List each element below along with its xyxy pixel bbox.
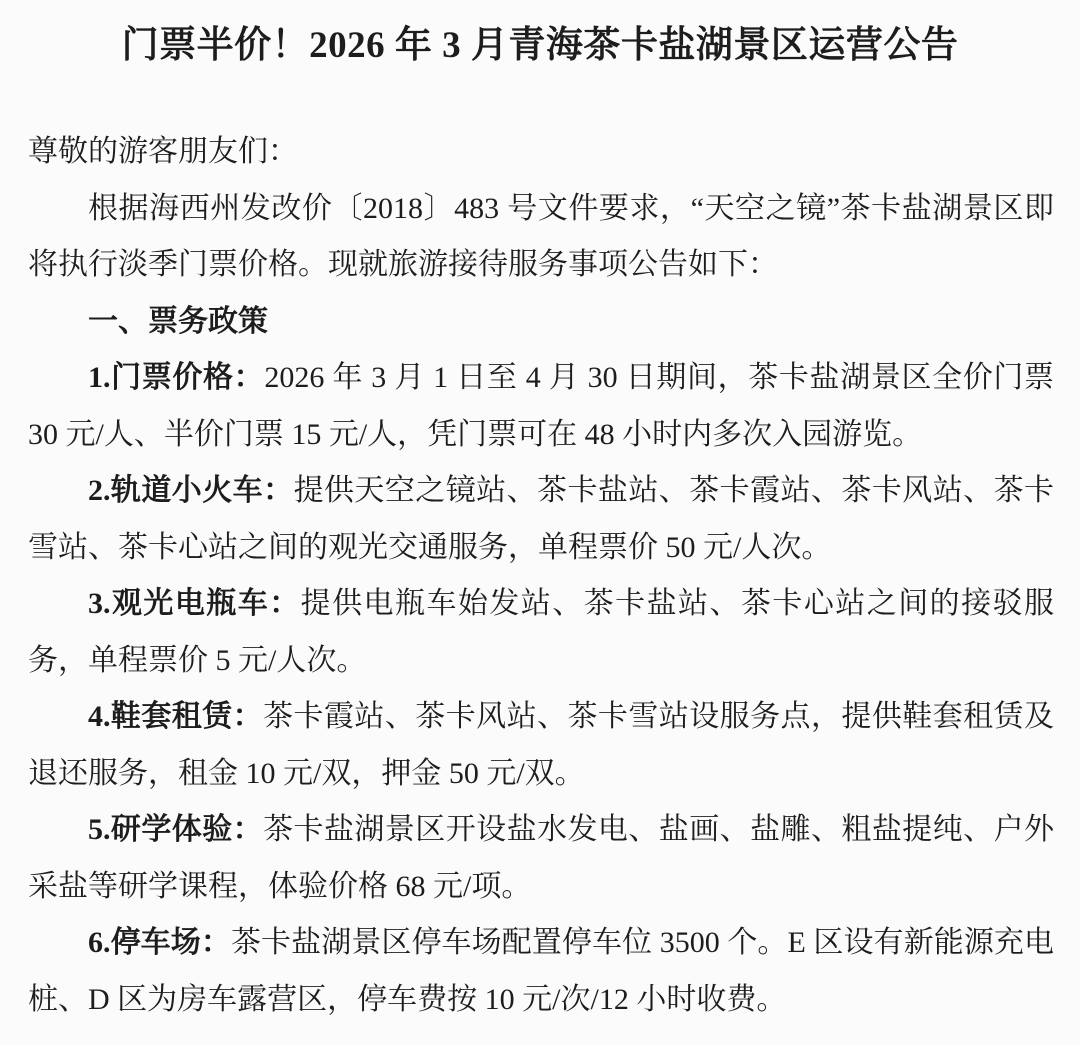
policy-item-study-experience: 5.研学体验：茶卡盐湖景区开设盐水发电、盐画、盐雕、粗盐提纯、户外采盐等研学课程… — [28, 802, 1054, 915]
policy-item-sightseeing-cart: 3.观光电瓶车：提供电瓶车始发站、茶卡盐站、茶卡心站之间的接驳服务，单程票价 5… — [28, 576, 1054, 689]
policy-item-study-experience-label: 5.研学体验： — [88, 813, 263, 846]
intro-paragraph: 根据海西州发改价〔2018〕483 号文件要求，“天空之镜”茶卡盐湖景区即将执行… — [28, 181, 1054, 294]
policy-item-ticket-price: 1.门票价格：2026 年 3 月 1 日至 4 月 30 日期间，茶卡盐湖景区… — [28, 350, 1054, 463]
announcement-document: 门票半价！2026 年 3 月青海茶卡盐湖景区运营公告 尊敬的游客朋友们： 根据… — [0, 0, 1080, 1045]
salutation-line: 尊敬的游客朋友们： — [28, 124, 1054, 181]
policy-item-ticket-price-label: 1.门票价格： — [88, 361, 264, 394]
policy-item-shoe-cover-rental-label: 4.鞋套租赁： — [88, 700, 263, 733]
policy-item-parking-lot-label: 6.停车场： — [88, 926, 231, 959]
policy-item-rail-train-label: 2.轨道小火车： — [88, 474, 294, 507]
policy-item-shoe-cover-rental: 4.鞋套租赁：茶卡霞站、茶卡风站、茶卡雪站设服务点，提供鞋套租赁及退还服务，租金… — [28, 689, 1054, 802]
document-title: 门票半价！2026 年 3 月青海茶卡盐湖景区运营公告 — [0, 0, 1080, 68]
section-heading-ticket-policy: 一、票务政策 — [28, 294, 1054, 351]
document-body: 尊敬的游客朋友们： 根据海西州发改价〔2018〕483 号文件要求，“天空之镜”… — [28, 124, 1054, 1028]
policy-item-sightseeing-cart-label: 3.观光电瓶车： — [88, 587, 301, 620]
policy-item-rail-train: 2.轨道小火车：提供天空之镜站、茶卡盐站、茶卡霞站、茶卡风站、茶卡雪站、茶卡心站… — [28, 463, 1054, 576]
policy-item-parking-lot: 6.停车场：茶卡盐湖景区停车场配置停车位 3500 个。E 区设有新能源充电桩、… — [28, 915, 1054, 1028]
